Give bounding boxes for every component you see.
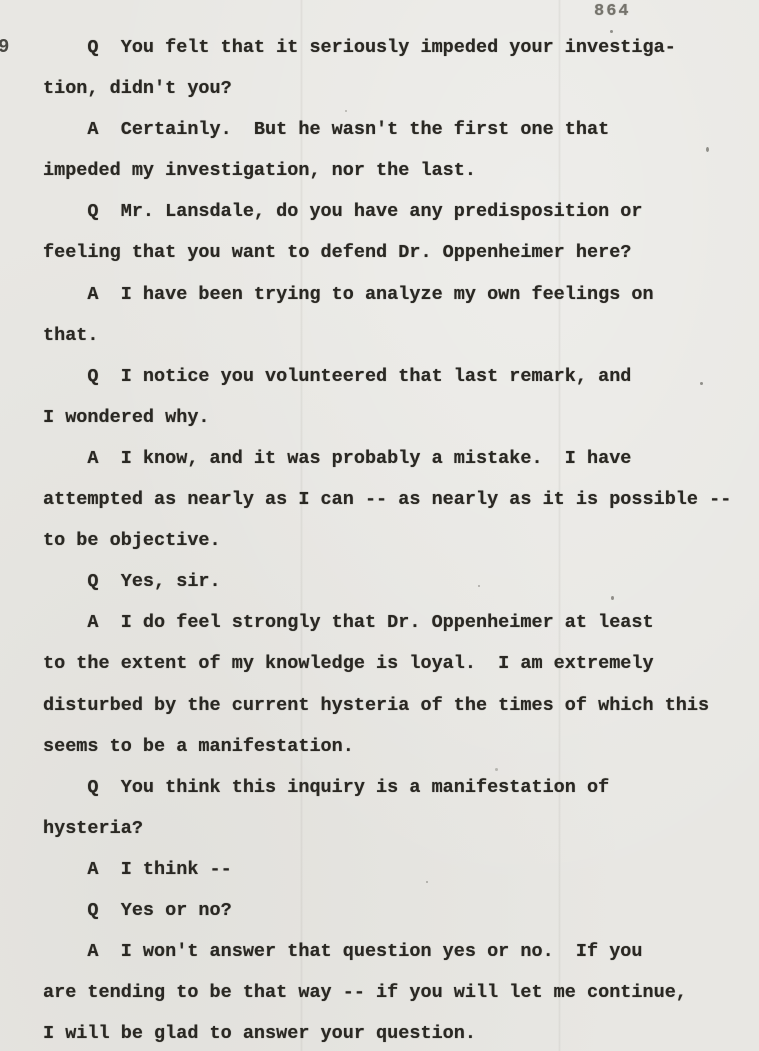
transcript-line: I will be glad to answer your question. (43, 1013, 749, 1051)
transcript-line: attempted as nearly as I can -- as nearl… (43, 479, 749, 520)
transcript-line: hysteria? (43, 808, 749, 849)
transcript-line: that. (43, 315, 749, 356)
transcript-line: Q You think this inquiry is a manifestat… (43, 767, 749, 808)
scan-artifact-dot (610, 30, 613, 33)
transcript-text: Q You felt that it seriously impeded you… (43, 27, 749, 1051)
transcript-line: Q Mr. Lansdale, do you have any predispo… (43, 191, 749, 232)
transcript-line: Q Yes, sir. (43, 561, 749, 602)
transcript-line: feeling that you want to defend Dr. Oppe… (43, 232, 749, 273)
transcript-line: seems to be a manifestation. (43, 726, 749, 767)
page-number: 864 (594, 2, 631, 21)
scan-artifact-dot (478, 585, 480, 587)
transcript-line: to be objective. (43, 520, 749, 561)
transcript-line: Q I notice you volunteered that last rem… (43, 356, 749, 397)
transcript-line: Q You felt that it seriously impeded you… (43, 27, 749, 68)
transcript-line: A Certainly. But he wasn't the first one… (43, 109, 749, 150)
transcript-line: impeded my investigation, nor the last. (43, 150, 749, 191)
transcript-line: to the extent of my knowledge is loyal. … (43, 643, 749, 684)
scan-artifact-dot (426, 881, 428, 883)
scan-artifact-dot (345, 110, 347, 112)
scan-artifact-dot (611, 596, 614, 600)
transcript-line: A I do feel strongly that Dr. Oppenheime… (43, 602, 749, 643)
scan-artifact-dot (495, 768, 498, 771)
transcript-line: A I have been trying to analyze my own f… (43, 274, 749, 315)
transcript-line: I wondered why. (43, 397, 749, 438)
transcript-line: disturbed by the current hysteria of the… (43, 685, 749, 726)
scanned-transcript-page: { "document": { "page_number": "864", "m… (0, 0, 759, 1051)
transcript-line: tion, didn't you? (43, 68, 749, 109)
scan-artifact-dot (700, 382, 703, 385)
transcript-line: are tending to be that way -- if you wil… (43, 972, 749, 1013)
transcript-line: Q Yes or no? (43, 890, 749, 931)
margin-line-number: 9 (0, 36, 9, 58)
transcript-line: A I think -- (43, 849, 749, 890)
scan-artifact-dot (706, 147, 709, 152)
transcript-line: A I know, and it was probably a mistake.… (43, 438, 749, 479)
transcript-line: A I won't answer that question yes or no… (43, 931, 749, 972)
